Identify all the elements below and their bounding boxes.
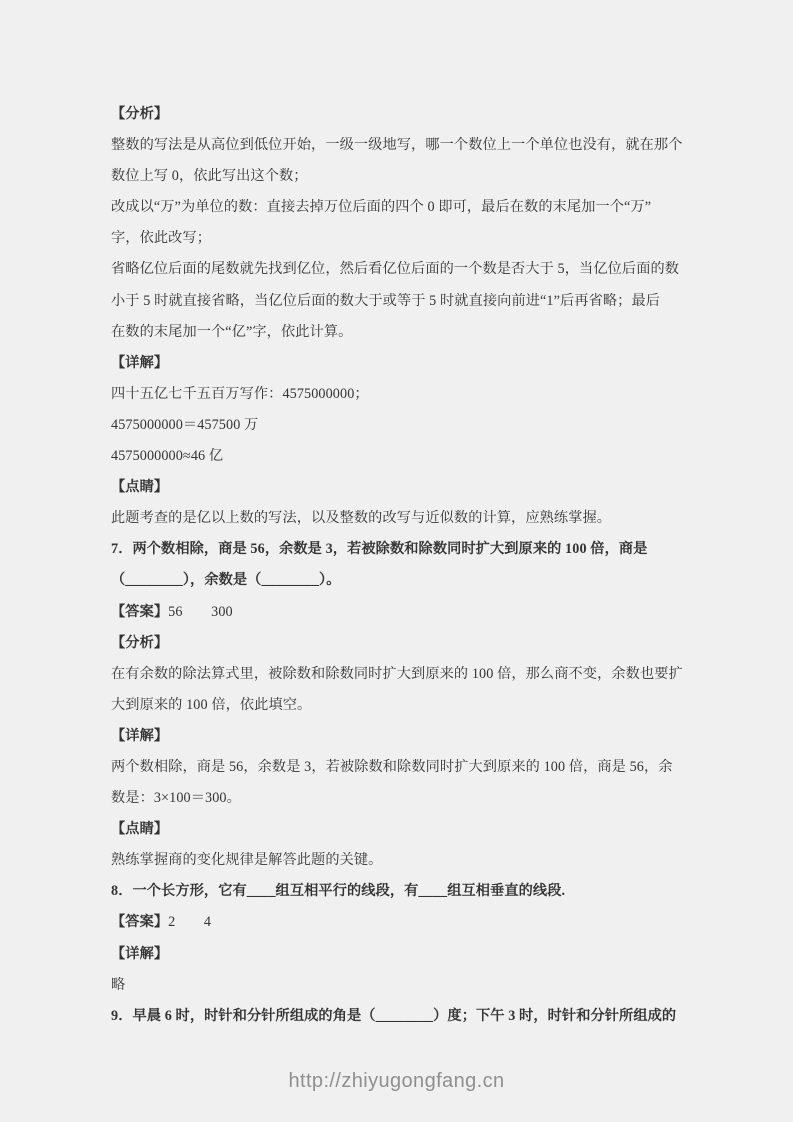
body-text-line: 省略亿位后面的尾数就先找到亿位，然后看亿位后面的一个数是否大于 5，当亿位后面的… <box>111 254 691 285</box>
body-text-line: 4575000000＝457500 万 <box>111 410 691 441</box>
body-text-line: 数是：3×100＝300。 <box>111 783 691 814</box>
answer-line: 【答案】56 300 <box>111 597 691 628</box>
body-text-line: 字，依此改写； <box>111 223 691 254</box>
section-header: 【分析】 <box>111 628 691 659</box>
worksheet-page: 【分析】整数的写法是从高位到低位开始，一级一级地写，哪一个数位上一个单位也没有，… <box>0 0 793 1122</box>
body-text-line: 熟练掌握商的变化规律是解答此题的关键。 <box>111 845 691 876</box>
answer-values: 2 4 <box>168 914 211 930</box>
body-text-line: 两个数相除，商是 56，余数是 3，若被除数和除数同时扩大到原来的 100 倍，… <box>111 752 691 783</box>
section-header: 【分析】 <box>111 99 691 130</box>
question-line: 7．两个数相除，商是 56，余数是 3，若被除数和除数同时扩大到原来的 100 … <box>111 534 691 565</box>
body-text-line: 4575000000≈46 亿 <box>111 441 691 472</box>
section-header: 【详解】 <box>111 721 691 752</box>
question-line: （________），余数是（________）。 <box>111 565 691 596</box>
question-line: 8．一个长方形，它有____组互相平行的线段，有____组互相垂直的线段. <box>111 876 691 907</box>
body-text-line: 整数的写法是从高位到低位开始，一级一级地写，哪一个数位上一个单位也没有，就在那个 <box>111 130 691 161</box>
body-text-line: 略 <box>111 970 691 1001</box>
section-header: 【详解】 <box>111 348 691 379</box>
body-text-line: 在数的末尾加一个“亿”字，依此计算。 <box>111 317 691 348</box>
body-text-line: 改成以“万”为单位的数：直接去掉万位后面的四个 0 即可，最后在数的末尾加一个“… <box>111 192 691 223</box>
body-text-line: 数位上写 0，依此写出这个数； <box>111 161 691 192</box>
answer-values: 56 300 <box>168 604 233 620</box>
body-text-line: 在有余数的除法算式里，被除数和除数同时扩大到原来的 100 倍，那么商不变，余数… <box>111 659 691 690</box>
section-header: 【点睛】 <box>111 472 691 503</box>
section-header: 【点睛】 <box>111 814 691 845</box>
answer-line: 【答案】2 4 <box>111 907 691 938</box>
section-header: 【详解】 <box>111 939 691 970</box>
question-line: 9．早晨 6 时，时针和分针所组成的角是（________）度；下午 3 时，时… <box>111 1001 691 1032</box>
body-text-line: 小于 5 时就直接省略，当亿位后面的数大于或等于 5 时就直接向前进“1”后再省… <box>111 286 691 317</box>
body-text-line: 四十五亿七千五百万写作：4575000000； <box>111 379 691 410</box>
watermark-url: http://zhiyugongfang.cn <box>0 1069 793 1093</box>
answer-label: 【答案】 <box>111 604 168 620</box>
body-text-line: 此题考查的是亿以上数的写法，以及整数的改写与近似数的计算，应熟练掌握。 <box>111 503 691 534</box>
document-content: 【分析】整数的写法是从高位到低位开始，一级一级地写，哪一个数位上一个单位也没有，… <box>111 99 691 1032</box>
answer-label: 【答案】 <box>111 914 168 930</box>
body-text-line: 大到原来的 100 倍，依此填空。 <box>111 690 691 721</box>
